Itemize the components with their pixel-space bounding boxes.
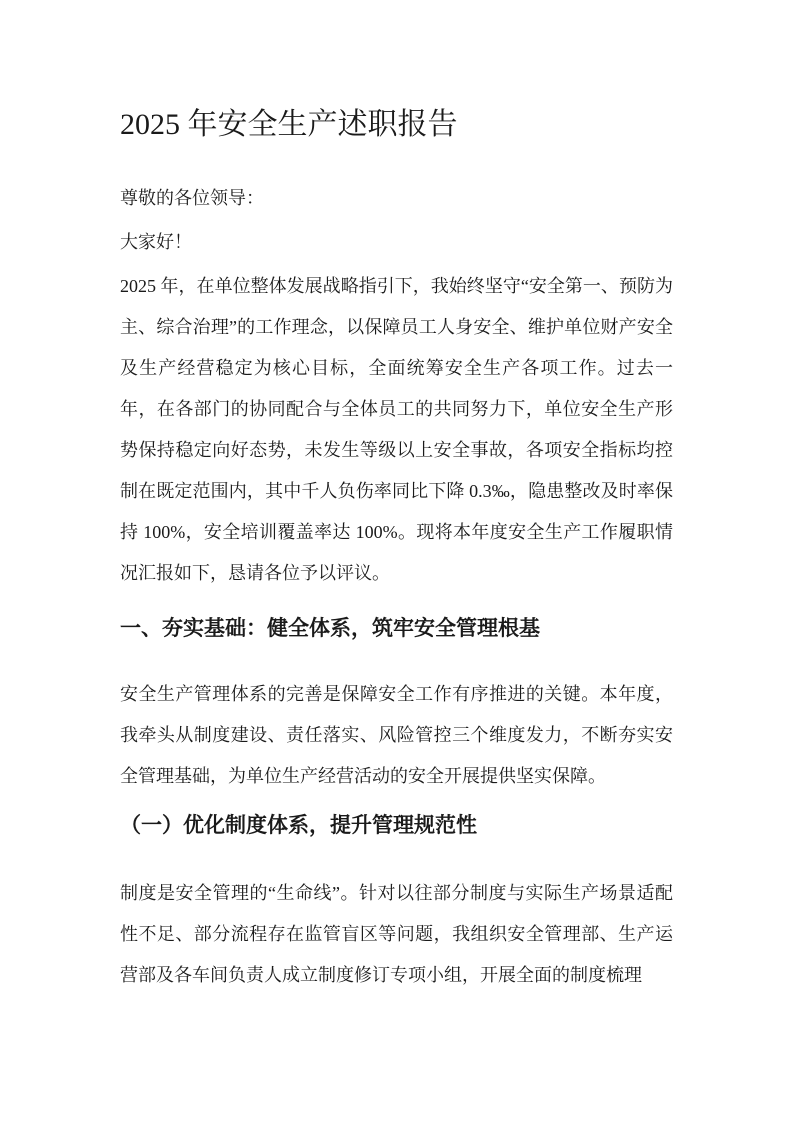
section-1-heading: 一、夯实基础：健全体系，筑牢安全管理根基 (120, 614, 673, 644)
salutation-line: 尊敬的各位领导： (120, 178, 673, 219)
subsection-1-1-heading: （一）优化制度体系，提升管理规范性 (120, 811, 673, 841)
section-1-paragraph: 安全生产管理体系的完善是保障安全工作有序推进的关键。本年度，我牵头从制度建设、责… (120, 674, 673, 797)
subsection-1-1-paragraph: 制度是安全管理的“生命线”。针对以往部分制度与实际生产场景适配性不足、部分流程存… (120, 873, 673, 996)
document-title: 2025 年安全生产述职报告 (120, 102, 673, 148)
intro-paragraph: 2025 年，在单位整体发展战略指引下，我始终坚守“安全第一、预防为主、综合治理… (120, 266, 673, 594)
greeting-line: 大家好！ (120, 222, 673, 263)
document-page: 2025 年安全生产述职报告 尊敬的各位领导： 大家好！ 2025 年，在单位整… (0, 0, 793, 1122)
